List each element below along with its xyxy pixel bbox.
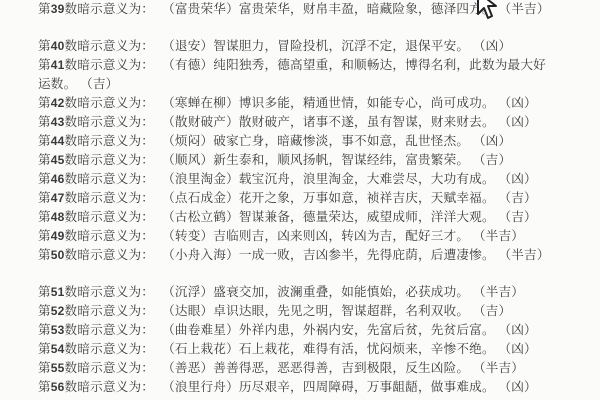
document-page: 第39数暗示意义为：（富贵荣华）富贵荣华，财帛丰盈，暗藏险象，德泽四方。（半吉）… (0, 0, 600, 400)
entry-label: 数暗示意义为： (65, 360, 155, 375)
entry-verdict: （凶） (479, 133, 511, 148)
entry-title: （点石成金） (162, 190, 239, 205)
entry-title: （曲卷难星） (162, 322, 239, 337)
entry-prefix: 第 (38, 38, 51, 53)
entry-verdict: （凶） (505, 322, 537, 337)
entry-number: 45 (51, 153, 65, 167)
entry-verdict: （凶） (505, 114, 537, 129)
entry-verdict: （凶） (505, 171, 537, 186)
entry-label: 数暗示意义为： (65, 1, 155, 16)
entry-label: 数暗示意义为： (65, 303, 155, 318)
entry-text: 运数。 (38, 76, 76, 91)
entry-number: 51 (51, 285, 65, 299)
entry-number: 50 (51, 248, 65, 262)
entry-prefix: 第 (38, 57, 51, 72)
numerology-entry: 第43数暗示意义为：（散财破产）散财破产，诸事不遂，虽有智谋，财来财去。（凶） (38, 114, 537, 130)
entry-prefix: 第 (38, 95, 51, 110)
entry-verdict: （半吉） (505, 247, 550, 262)
entry-prefix: 第 (38, 379, 51, 394)
entry-verdict: （吉） (505, 209, 537, 224)
entry-title: （石上栽花） (162, 341, 239, 356)
entry-verdict: （凶） (505, 379, 537, 394)
entry-title: （小舟入海） (162, 247, 239, 262)
entry-text: 吉临则吉，凶来则凶，转凶为吉，配好三才。 (213, 228, 469, 243)
entry-number: 52 (51, 304, 65, 318)
entry-text: 新生泰和，顺风扬帆，智谋经纬，富贵繁荣。 (213, 152, 469, 167)
numerology-entry: 第46数暗示意义为：（浪里淘金）载宝沉舟，浪里淘金，大难尝尽，大功有成。（凶） (38, 171, 537, 187)
entry-prefix: 第 (38, 247, 51, 262)
entry-verdict: （吉） (479, 152, 511, 167)
numerology-entry: 第54数暗示意义为：（石上栽花）石上栽花，难得有活，忧闷烦来，辛惨不绝。（凶） (38, 341, 537, 357)
entry-label: 数暗示意义为： (65, 152, 155, 167)
entry-verdict: （吉） (86, 76, 118, 91)
numerology-entry: 第41数暗示意义为：（有德）纯阳独秀，德高望重，和顺畅达，博得名利，此数为最大好 (38, 57, 556, 73)
entry-number: 56 (51, 380, 65, 394)
numerology-entry: 第39数暗示意义为：（富贵荣华）富贵荣华，财帛丰盈，暗藏险象，德泽四方。（半吉） (38, 1, 550, 17)
entry-text: 卓识达眼，先见之明，智谋超群，名利双收。 (213, 303, 469, 318)
entry-verdict: （吉） (505, 190, 537, 205)
entry-number: 53 (51, 323, 65, 337)
entry-text: 花开之象，万事如意，祯祥吉庆，天赋幸福。 (239, 190, 495, 205)
entry-title: （富贵荣华） (162, 1, 239, 16)
entry-number: 54 (51, 342, 65, 356)
entry-text: 智谋胆力，冒险投机，沉浮不定，退保平安。 (213, 38, 469, 53)
numerology-entry: 第42数暗示意义为：（寒蝉在柳）博识多能，精通世情，如能专心，尚可成功。（凶） (38, 95, 537, 111)
entry-number: 41 (51, 58, 65, 72)
entry-label: 数暗示意义为： (65, 379, 155, 394)
entry-text: 纯阳独秀，德高望重，和顺畅达，博得名利，此数为最大好 (213, 57, 546, 72)
entry-label: 数暗示意义为： (65, 209, 155, 224)
entry-prefix: 第 (38, 322, 51, 337)
entry-title: （转变） (162, 228, 213, 243)
entry-label: 数暗示意义为： (65, 190, 155, 205)
entry-prefix: 第 (38, 228, 51, 243)
entry-label: 数暗示意义为： (65, 133, 155, 148)
entry-title: （浪里淘金） (162, 171, 239, 186)
entry-number: 39 (51, 2, 65, 16)
entry-text: 盛衰交加，波澜重叠，如能慎始，必获成功。 (213, 284, 469, 299)
entry-title: （散财破产） (162, 114, 239, 129)
entry-label: 数暗示意义为： (65, 284, 155, 299)
entry-label: 数暗示意义为： (65, 114, 155, 129)
entry-label: 数暗示意义为： (65, 38, 155, 53)
entry-prefix: 第 (38, 190, 51, 205)
entry-text: 智谋兼备，德量荣达，威望成师，洋洋大观。 (239, 209, 495, 224)
entry-number: 47 (51, 191, 65, 205)
numerology-entry: 第53数暗示意义为：（曲卷难星）外祥内患，外祸内安，先富后贫，先贫后富。（凶） (38, 322, 537, 338)
entry-title: （古松立鹤） (162, 209, 239, 224)
entry-title: （退安） (162, 38, 213, 53)
numerology-entry: 第56数暗示意义为：（浪里行舟）历尽艰辛，四周障碍，万事龃龉，做事难成。（凶） (38, 379, 537, 395)
numerology-entry: 第47数暗示意义为：（点石成金）花开之象，万事如意，祯祥吉庆，天赋幸福。（吉） (38, 190, 537, 206)
entry-prefix: 第 (38, 114, 51, 129)
entry-text: 载宝沉舟，浪里淘金，大难尝尽，大功有成。 (239, 171, 495, 186)
entry-text: 破家亡身，暗藏惨淡，事不如意，乱世怪杰。 (213, 133, 469, 148)
entry-number: 49 (51, 229, 65, 243)
entry-number: 44 (51, 134, 65, 148)
entry-label: 数暗示意义为： (65, 322, 155, 337)
entry-title: （有德） (162, 57, 213, 72)
entry-label: 数暗示意义为： (65, 228, 155, 243)
entry-prefix: 第 (38, 284, 51, 299)
mouse-pointer-icon (476, 0, 500, 22)
entry-verdict: （半吉） (479, 284, 524, 299)
numerology-entry: 第55数暗示意义为：（善恶）善善得恶，恶恶得善，吉到极限，反生凶险。（半吉） (38, 360, 524, 376)
entry-label: 数暗示意义为： (65, 171, 155, 186)
entry-verdict: （凶） (505, 341, 537, 356)
numerology-entry: 运数。（吉） (38, 76, 118, 92)
entry-title: （浪里行舟） (162, 379, 239, 394)
entry-prefix: 第 (38, 360, 51, 375)
entry-text: 博识多能，精通世情，如能专心，尚可成功。 (239, 95, 495, 110)
numerology-entry: 第49数暗示意义为：（转变）吉临则吉，凶来则凶，转凶为吉，配好三才。（半吉） (38, 228, 524, 244)
entry-text: 富贵荣华，财帛丰盈，暗藏险象，德泽四方。 (239, 1, 495, 16)
numerology-entry: 第48数暗示意义为：（古松立鹤）智谋兼备，德量荣达，威望成师，洋洋大观。（吉） (38, 209, 537, 225)
entry-verdict: （半吉） (479, 228, 524, 243)
entry-label: 数暗示意义为： (65, 247, 155, 262)
entry-label: 数暗示意义为： (65, 95, 155, 110)
entry-prefix: 第 (38, 152, 51, 167)
entry-title: （烦闷） (162, 133, 213, 148)
entry-text: 石上栽花，难得有活，忧闷烦来，辛惨不绝。 (239, 341, 495, 356)
entry-prefix: 第 (38, 171, 51, 186)
entry-number: 42 (51, 96, 65, 110)
entry-verdict: （半吉） (479, 360, 524, 375)
entry-title: （善恶） (162, 360, 213, 375)
entry-verdict: （凶） (479, 38, 511, 53)
entry-number: 55 (51, 361, 65, 375)
entry-prefix: 第 (38, 341, 51, 356)
entry-verdict: （吉） (479, 303, 511, 318)
entry-number: 48 (51, 210, 65, 224)
entry-prefix: 第 (38, 209, 51, 224)
numerology-entry: 第45数暗示意义为：（顺风）新生泰和，顺风扬帆，智谋经纬，富贵繁荣。（吉） (38, 152, 511, 168)
entry-verdict: （半吉） (505, 1, 550, 16)
entry-title: （寒蝉在柳） (162, 95, 239, 110)
numerology-entry: 第50数暗示意义为：（小舟入海）一成一败，吉凶参半，先得庇荫，后遭凄惨。（半吉） (38, 247, 550, 263)
entry-number: 46 (51, 172, 65, 186)
numerology-entry: 第52数暗示意义为：（达眼）卓识达眼，先见之明，智谋超群，名利双收。（吉） (38, 303, 511, 319)
entry-verdict: （凶） (505, 95, 537, 110)
entry-prefix: 第 (38, 133, 51, 148)
entry-text: 散财破产，诸事不遂，虽有智谋，财来财去。 (239, 114, 495, 129)
numerology-entry: 第51数暗示意义为：（沉浮）盛衰交加，波澜重叠，如能慎始，必获成功。（半吉） (38, 284, 524, 300)
entry-title: （沉浮） (162, 284, 213, 299)
entry-prefix: 第 (38, 1, 51, 16)
entry-number: 43 (51, 115, 65, 129)
numerology-entry: 第44数暗示意义为：（烦闷）破家亡身，暗藏惨淡，事不如意，乱世怪杰。（凶） (38, 133, 511, 149)
numerology-entry: 第40数暗示意义为：（退安）智谋胆力，冒险投机，沉浮不定，退保平安。（凶） (38, 38, 511, 54)
entry-label: 数暗示意义为： (65, 341, 155, 356)
entry-label: 数暗示意义为： (65, 57, 155, 72)
entry-text: 一成一败，吉凶参半，先得庇荫，后遭凄惨。 (239, 247, 495, 262)
entry-title: （达眼） (162, 303, 213, 318)
entry-number: 40 (51, 39, 65, 53)
entry-text: 外祥内患，外祸内安，先富后贫，先贫后富。 (239, 322, 495, 337)
entry-prefix: 第 (38, 303, 51, 318)
entry-title: （顺风） (162, 152, 213, 167)
entry-text: 善善得恶，恶恶得善，吉到极限，反生凶险。 (213, 360, 469, 375)
entry-text: 历尽艰辛，四周障碍，万事龃龉，做事难成。 (239, 379, 495, 394)
